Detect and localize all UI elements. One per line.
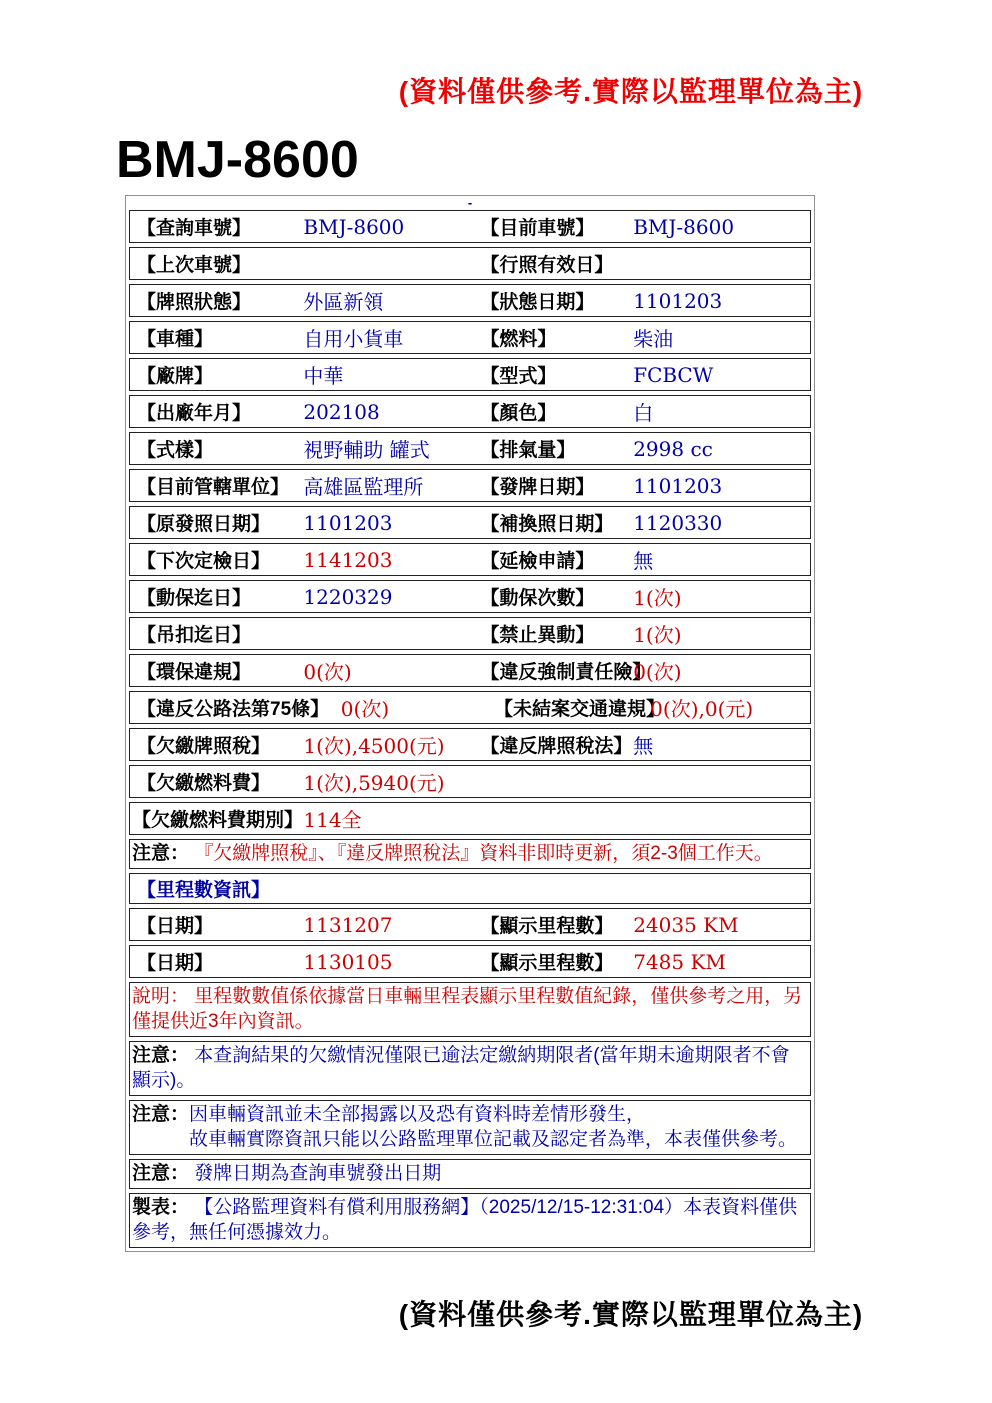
bottom-disclaimer: (資料僅供參考.實際以監理單位為主): [0, 1293, 992, 1333]
row-previous-plate: 【上次車號】 【行照有效日】: [129, 247, 811, 280]
label-displacement: 【排氣量】: [473, 435, 633, 462]
row-style-displacement: 【式樣】 視野輔助 罐式 【排氣量】 2998 cc: [129, 432, 811, 465]
vehicle-query-result-page: (資料僅供參考.實際以監理單位為主) BMJ-8600 - 【查詢車號】 BMJ…: [0, 0, 992, 1403]
dash-link[interactable]: -: [468, 195, 472, 210]
label-unpaid-plate-tax: 【欠繳牌照稅】: [130, 731, 303, 758]
top-disclaimer: (資料僅供參考.實際以監理單位為主): [0, 70, 992, 110]
value-mortgage-until: 1220329: [303, 585, 473, 609]
mileage-section-header: 【里程數資訊】: [130, 875, 303, 902]
note-overdue-text: 本查詢結果的欠繳情況僅限已逾法定繳納期限者(當年期未逾期限者不會顯示)。: [132, 1045, 790, 1091]
label-color: 【顏色】: [473, 398, 633, 425]
label-mileage-km-2: 【顯示里程數】: [473, 948, 633, 975]
label-vehicle-type: 【車種】: [130, 324, 303, 351]
label-manufacture-date: 【出廠年月】: [130, 398, 303, 425]
row-env-insurance: 【環保違規】 0(次) 【違反強制責任險】 0(次): [129, 654, 811, 687]
value-managing-office: 高雄區監理所: [303, 471, 473, 500]
label-change-prohibition: 【禁止異動】: [473, 620, 633, 647]
value-next-inspection-date: 1141203: [303, 548, 473, 572]
label-brand: 【廠牌】: [130, 361, 303, 388]
value-license-replace-date: 1120330: [633, 511, 810, 535]
value-plate-tax-violation: 無: [633, 730, 810, 759]
note-disclosure: 注意： 因車輛資訊並未全部揭露以及恐有資料時差情形發生， 故車輛實際資訊只能以公…: [129, 1100, 811, 1155]
row-mortgage: 【動保迄日】 1220329 【動保次數】 1(次): [129, 580, 811, 613]
note-disclosure-label: 注意：: [132, 1102, 189, 1127]
note-mileage-label: 說明：: [132, 986, 189, 1007]
note-disclosure-lines: 因車輛資訊並未全部揭露以及恐有資料時差情形發生， 故車輛實際資訊只能以公路監理單…: [189, 1102, 806, 1152]
note-overdue-label: 注意：: [132, 1045, 189, 1066]
label-mileage-km-1: 【顯示里程數】: [473, 911, 633, 938]
label-plate-issue-date: 【發牌日期】: [473, 472, 633, 499]
note-mileage-text: 里程數數值係依據當日車輛里程表顯示里程數值紀錄，僅供參考之用，另僅提供近3年內資…: [132, 986, 802, 1032]
label-mortgage-count: 【動保次數】: [473, 583, 633, 610]
label-highway-act-75: 【違反公路法第75條】: [130, 694, 341, 721]
note-producer-text: 【公路監理資料有償利用服務網】（2025/12/15-12:31:04）本表資料…: [132, 1197, 797, 1243]
value-inspection-extension: 無: [633, 545, 810, 574]
value-status-date: 1101203: [633, 289, 810, 313]
row-plate-status: 【牌照狀態】 外區新領 【狀態日期】 1101203: [129, 284, 811, 317]
label-plate-tax-violation: 【違反牌照稅法】: [473, 731, 633, 758]
label-compulsory-insurance-violation: 【違反強制責任險】: [473, 657, 633, 684]
row-fuel-fee-period: 【欠繳燃料費期別】 114全: [129, 802, 811, 835]
value-style: 視野輔助 罐式: [303, 434, 473, 463]
value-fuel: 柴油: [633, 323, 810, 352]
value-model: FCBCW: [633, 363, 810, 387]
label-next-inspection-date: 【下次定檢日】: [130, 546, 303, 573]
label-mileage-date-2: 【日期】: [130, 948, 303, 975]
value-compulsory-insurance-violation: 0(次): [633, 656, 810, 685]
row-license-dates: 【原發照日期】 1101203 【補換照日期】 1120330: [129, 506, 811, 539]
note-mileage: 說明： 里程數數值係依據當日車輛里程表顯示里程數值紀錄，僅供參考之用，另僅提供近…: [129, 982, 811, 1037]
value-vehicle-type: 自用小貨車: [303, 323, 473, 352]
result-table: - 【查詢車號】 BMJ-8600 【目前車號】 BMJ-8600 【上次車號】…: [125, 195, 815, 1252]
label-unpaid-fuel-fee: 【欠繳燃料費】: [130, 768, 303, 795]
row-fuel-fee: 【欠繳燃料費】 1(次),5940(元): [129, 765, 811, 798]
value-plate-status: 外區新領: [303, 286, 473, 315]
row-traffic-violations: 【違反公路法第75條】 0(次) 【未結案交通違規】 0(次),0(元): [129, 691, 811, 724]
value-unpaid-fuel-fee-period: 114全: [303, 804, 810, 833]
label-suspension-until: 【吊扣迄日】: [130, 620, 303, 647]
value-unpaid-plate-tax: 1(次),4500(元): [303, 730, 473, 759]
note-tax-update: 注意： 『欠繳牌照稅』、『違反牌照稅法』資料非即時更新，須2-3個工作天。: [129, 839, 811, 869]
label-unpaid-fuel-fee-period: 【欠繳燃料費期別】: [130, 805, 303, 832]
row-office-issue: 【目前管轄單位】 高雄區監理所 【發牌日期】 1101203: [129, 469, 811, 502]
label-model: 【型式】: [473, 361, 633, 388]
value-brand: 中華: [303, 360, 473, 389]
label-open-traffic-violations: 【未結案交通違規】: [487, 694, 650, 721]
row-inspection: 【下次定檢日】 1141203 【延檢申請】 無: [129, 543, 811, 576]
row-vehicle-type: 【車種】 自用小貨車 【燃料】 柴油: [129, 321, 811, 354]
row-mileage-2: 【日期】 1130105 【顯示里程數】 7485 KM: [129, 945, 811, 978]
note-disclosure-line1: 因車輛資訊並未全部揭露以及恐有資料時差情形發生，: [189, 1102, 806, 1127]
value-query-plate: BMJ-8600: [303, 215, 473, 239]
value-plate-issue-date: 1101203: [633, 474, 810, 498]
label-plate-status: 【牌照狀態】: [130, 287, 303, 314]
label-license-replace-date: 【補換照日期】: [473, 509, 633, 536]
label-query-plate: 【查詢車號】: [130, 213, 303, 240]
label-env-violations: 【環保違規】: [130, 657, 303, 684]
value-change-prohibition: 1(次): [633, 619, 810, 648]
value-unpaid-fuel-fee: 1(次),5940(元): [303, 767, 810, 796]
label-style: 【式樣】: [130, 435, 303, 462]
label-fuel: 【燃料】: [473, 324, 633, 351]
label-managing-office: 【目前管轄單位】: [130, 472, 303, 499]
row-mileage-1: 【日期】 1131207 【顯示里程數】 24035 KM: [129, 908, 811, 941]
note-issue-date-text: 發牌日期為查詢車號發出日期: [194, 1163, 441, 1184]
note-issue-date-label: 注意：: [132, 1163, 189, 1184]
row-plate-numbers: 【查詢車號】 BMJ-8600 【目前車號】 BMJ-8600: [129, 210, 811, 243]
row-manufacture-color: 【出廠年月】 202108 【顏色】 白: [129, 395, 811, 428]
label-license-valid-date: 【行照有效日】: [473, 250, 633, 277]
value-mortgage-count: 1(次): [633, 582, 810, 611]
value-env-violations: 0(次): [303, 656, 473, 685]
value-mileage-km-1: 24035 KM: [633, 913, 810, 937]
value-current-plate: BMJ-8600: [633, 215, 810, 239]
row-brand-model: 【廠牌】 中華 【型式】 FCBCW: [129, 358, 811, 391]
value-mileage-date-1: 1131207: [303, 913, 473, 937]
label-inspection-extension: 【延檢申請】: [473, 546, 633, 573]
value-color: 白: [633, 397, 810, 426]
label-mileage-date-1: 【日期】: [130, 911, 303, 938]
page-title: BMJ-8600: [116, 130, 359, 190]
note-disclosure-line2: 故車輛實際資訊只能以公路監理單位記載及認定者為準，本表僅供參考。: [189, 1127, 806, 1152]
label-original-license-date: 【原發照日期】: [130, 509, 303, 536]
row-mileage-section: 【里程數資訊】: [129, 873, 811, 904]
label-mortgage-until: 【動保迄日】: [130, 583, 303, 610]
note-tax-update-text: 『欠繳牌照稅』、『違反牌照稅法』資料非即時更新，須2-3個工作天。: [194, 843, 772, 864]
note-producer-label: 製表：: [132, 1197, 189, 1218]
row-plate-tax: 【欠繳牌照稅】 1(次),4500(元) 【違反牌照稅法】 無: [129, 728, 811, 761]
value-manufacture-date: 202108: [303, 400, 473, 424]
note-producer: 製表： 【公路監理資料有償利用服務網】（2025/12/15-12:31:04）…: [129, 1193, 811, 1248]
note-tax-update-label: 注意：: [132, 843, 189, 864]
value-displacement: 2998 cc: [633, 437, 810, 461]
dash-row: -: [129, 198, 811, 208]
note-overdue: 注意： 本查詢結果的欠繳情況僅限已逾法定繳納期限者(當年期未逾期限者不會顯示)。: [129, 1041, 811, 1096]
value-open-traffic-violations: 0(次),0(元): [650, 693, 810, 722]
value-original-license-date: 1101203: [303, 511, 473, 535]
row-suspension: 【吊扣迄日】 【禁止異動】 1(次): [129, 617, 811, 650]
value-mileage-date-2: 1130105: [303, 950, 473, 974]
note-issue-date: 注意： 發牌日期為查詢車號發出日期: [129, 1159, 811, 1189]
label-status-date: 【狀態日期】: [473, 287, 633, 314]
value-mileage-km-2: 7485 KM: [633, 950, 810, 974]
label-previous-plate: 【上次車號】: [130, 250, 303, 277]
value-highway-act-75: 0(次): [341, 693, 487, 722]
label-current-plate: 【目前車號】: [473, 213, 633, 240]
